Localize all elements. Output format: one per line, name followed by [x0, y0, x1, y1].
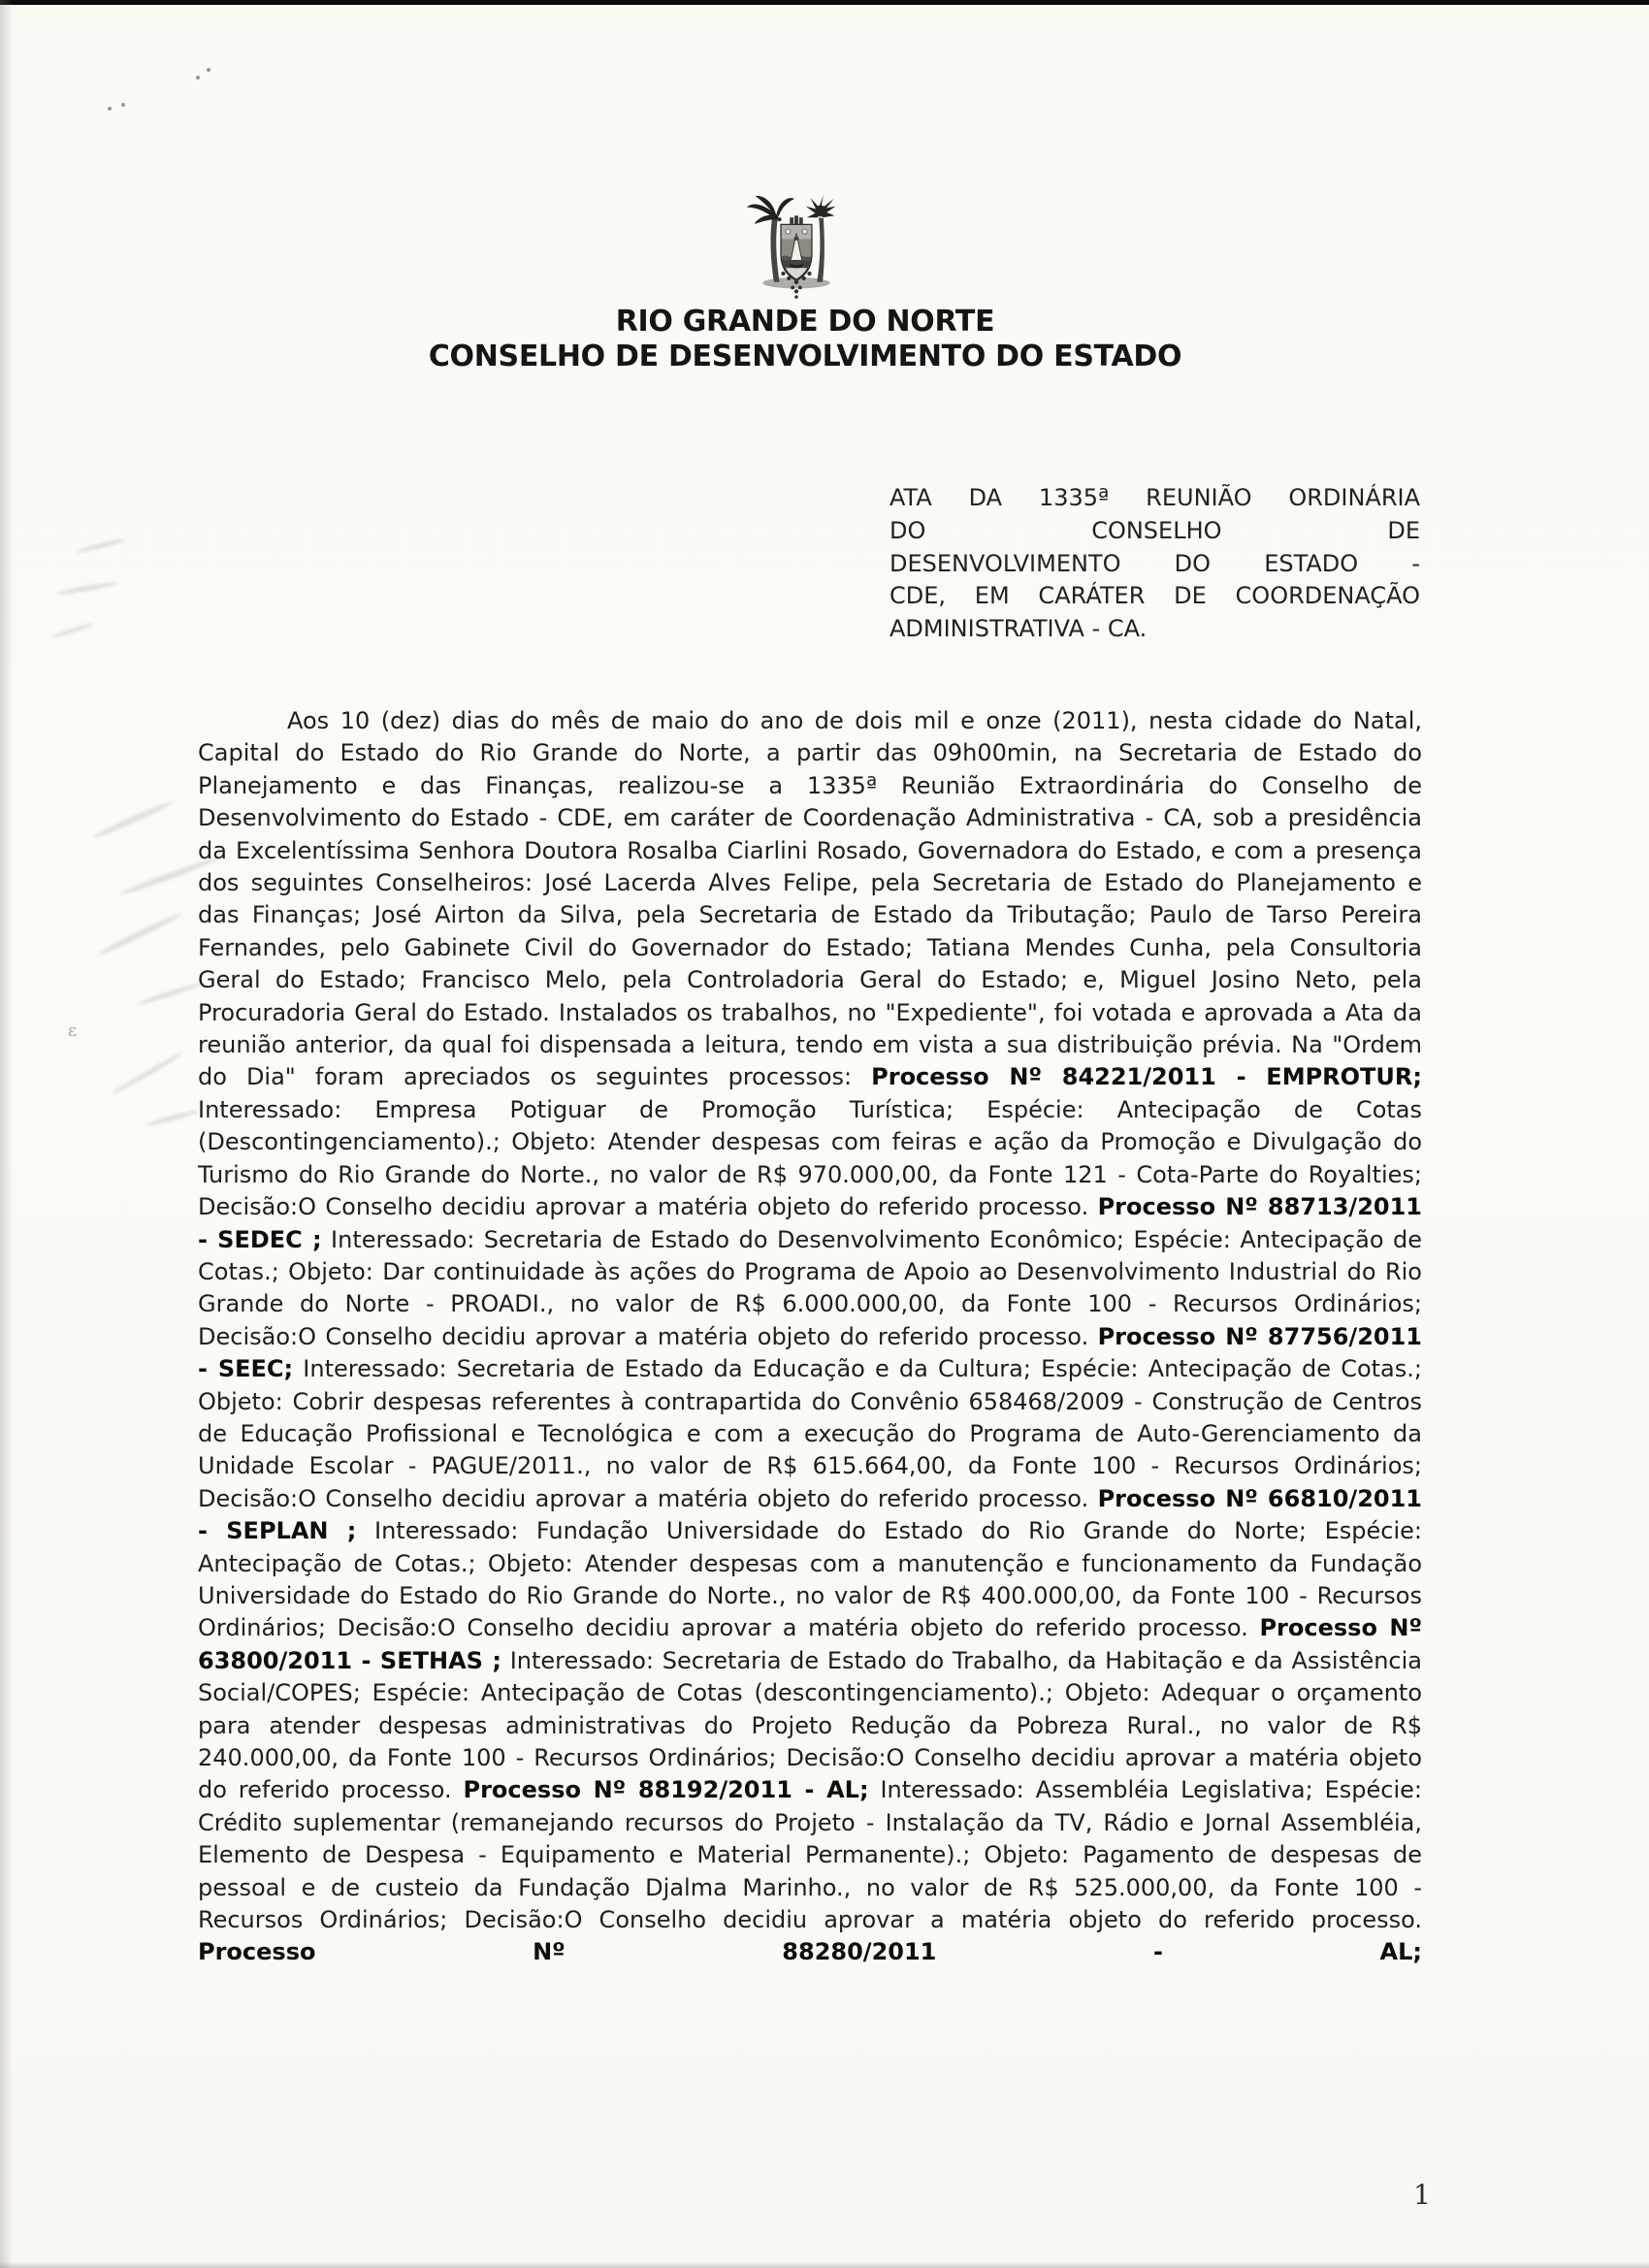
scan-smudge	[111, 1051, 183, 1095]
scan-edge-bottom	[0, 2261, 1649, 2268]
scan-smudge	[51, 622, 95, 639]
scan-smudge	[145, 1109, 199, 1127]
scan-smudge	[92, 799, 175, 840]
subject-line: DESENVOLVIMENTO DO ESTADO -	[889, 548, 1420, 581]
scan-smudge	[56, 580, 118, 596]
process-heading: Processo Nº 88192/2011 - AL;	[464, 1776, 869, 1803]
scan-edge-top	[0, 0, 1649, 5]
page-number: 1	[1399, 2179, 1445, 2211]
subject-line: DO CONSELHO DE	[889, 515, 1420, 548]
meeting-subject-block: ATA DA 1335ª REUNIÃO ORDINÁRIADO CONSELH…	[889, 482, 1420, 646]
subject-line: ATA DA 1335ª REUNIÃO ORDINÁRIA	[889, 482, 1420, 515]
scan-speck	[207, 68, 210, 72]
coat-of-arms-icon	[745, 192, 848, 305]
scan-speck	[196, 76, 200, 80]
minutes-body: Aos 10 (dez) dias do mês de maio do ano …	[198, 705, 1422, 1969]
scan-smudge	[97, 911, 183, 956]
subject-line: ADMINISTRATIVA - CA.	[889, 613, 1420, 646]
scan-speck	[121, 103, 125, 107]
state-title: RIO GRANDE DO NORTE	[0, 305, 1610, 340]
council-title: CONSELHO DE DESENVOLVIMENTO DO ESTADO	[0, 340, 1610, 374]
scan-speck	[108, 107, 112, 111]
document-page: RIO GRANDE DO NORTE CONSELHO DE DESENVOL…	[0, 0, 1649, 2268]
subject-line: CDE, EM CARÁTER DE COORDENAÇÃO	[889, 580, 1420, 613]
scan-smudge	[76, 537, 126, 554]
body-text-segment: Aos 10 (dez) dias do mês de maio do ano …	[198, 707, 1422, 1090]
process-heading: Processo Nº 84221/2011 - EMPROTUR;	[871, 1063, 1422, 1090]
process-heading: Processo Nº 88280/2011 - AL;	[198, 1938, 1422, 1965]
document-header: RIO GRANDE DO NORTE CONSELHO DE DESENVOL…	[0, 305, 1610, 374]
body-text-segment: Interessado: Fundação Universidade do Es…	[198, 1517, 1422, 1641]
pencil-mark: ε	[68, 1021, 77, 1041]
scan-smudge	[137, 981, 203, 1006]
